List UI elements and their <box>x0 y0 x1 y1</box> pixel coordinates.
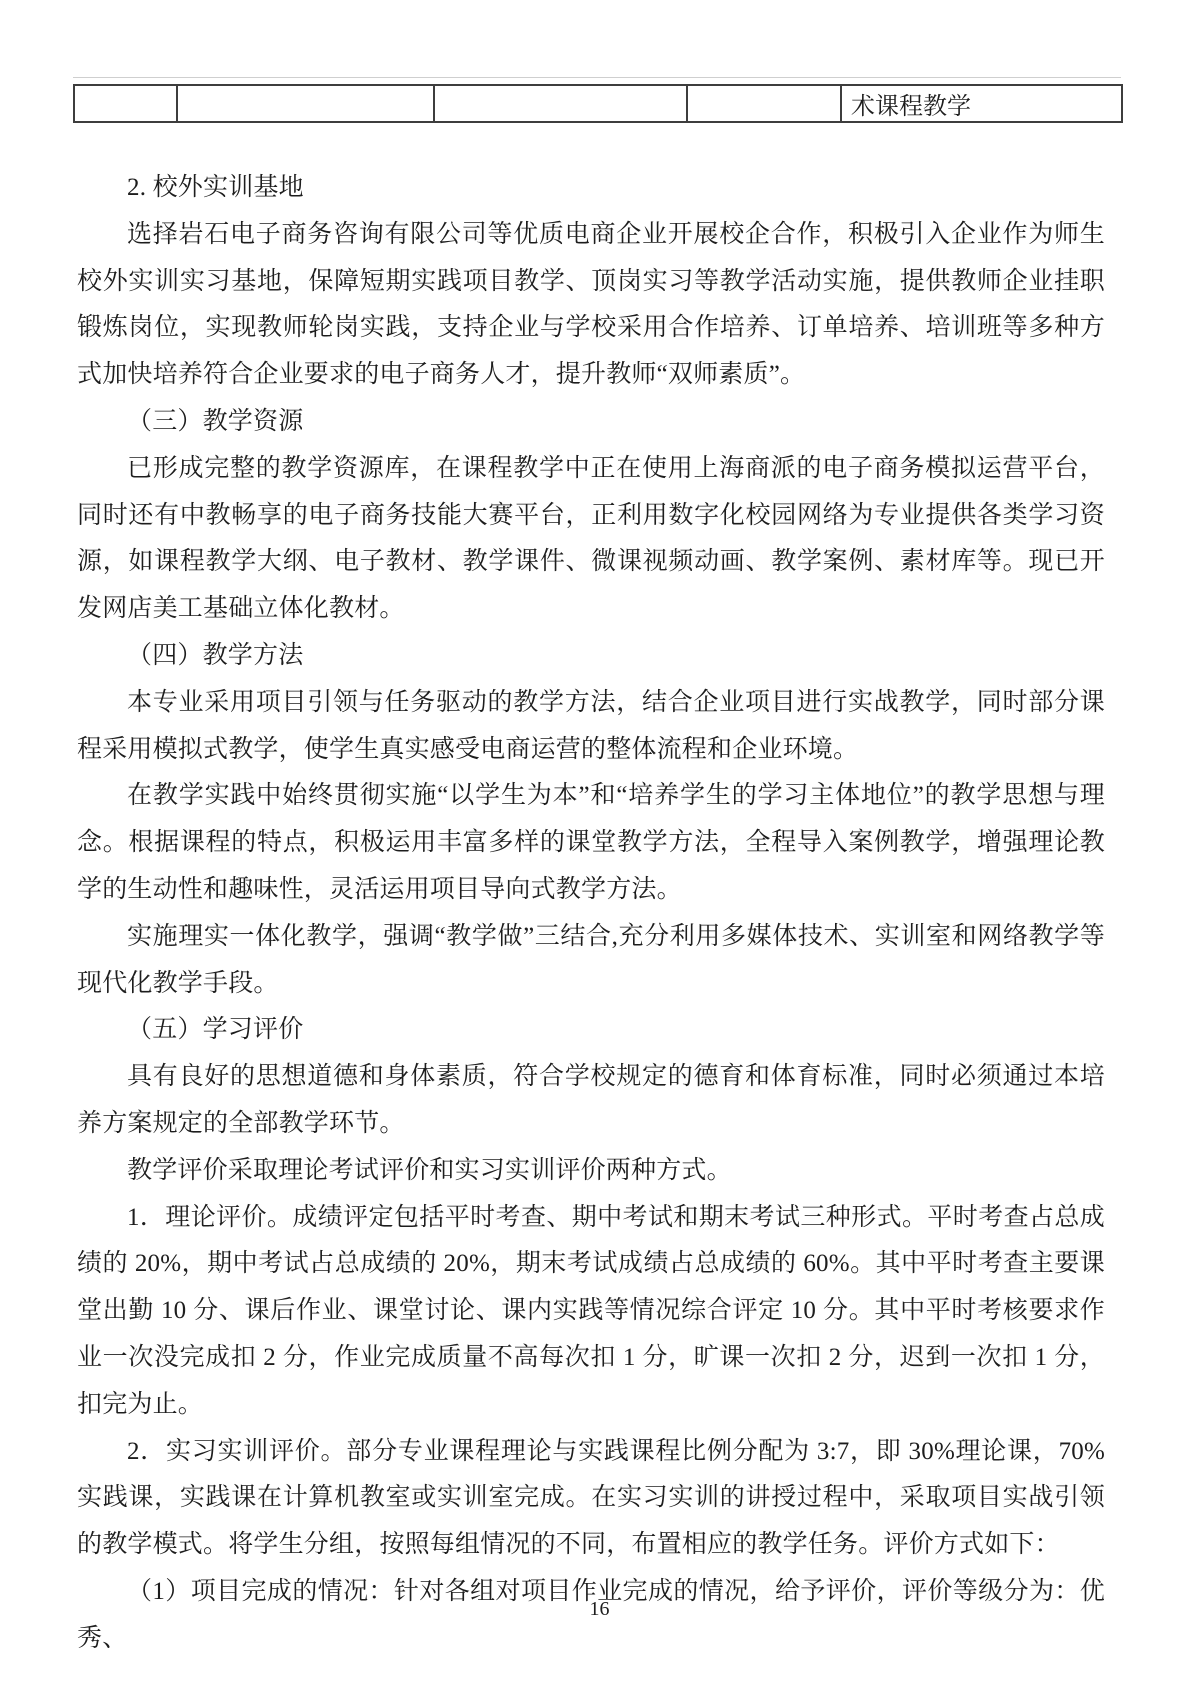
table-cell <box>74 85 177 122</box>
heading-teaching-resources: （三）教学资源 <box>77 399 1105 446</box>
body-paragraph-evaluation-modes: 教学评价采取理论考试评价和实习实训评价两种方式。 <box>77 1148 1105 1195</box>
table-cell <box>434 85 687 122</box>
body-paragraph-teaching-resources: 已形成完整的教学资源库，在课程教学中正在使用上海商派的电子商务模拟运营平台，同时… <box>77 446 1105 633</box>
table-cell <box>177 85 434 122</box>
body-paragraph-theory-evaluation: 1．理论评价。成绩评定包括平时考查、期中考试和期末考试三种形式。平时考查占总成绩… <box>77 1195 1105 1429</box>
body-paragraph-student-centered: 在教学实践中始终贯彻实施“以学生为本”和“培养学生的学习主体地位”的教学思想与理… <box>77 773 1105 913</box>
body-paragraph-integrated-teaching: 实施理实一体化教学，强调“教学做”三结合,充分利用多媒体技术、实训室和网络教学等… <box>77 914 1105 1008</box>
document-page: 术课程教学 2. 校外实训基地 选择岩石电子商务咨询有限公司等优质电商企业开展校… <box>0 0 1199 1696</box>
table-cell: 术课程教学 <box>841 85 1122 122</box>
heading-off-campus-training-base: 2. 校外实训基地 <box>77 165 1105 212</box>
body-paragraph-practice-evaluation: 2．实习实训评价。部分专业课程理论与实践课程比例分配为 3:7，即 30%理论课… <box>77 1429 1105 1569</box>
page-number: 16 <box>0 1598 1199 1621</box>
document-body: 2. 校外实训基地 选择岩石电子商务咨询有限公司等优质电商企业开展校企合作，积极… <box>77 165 1105 1663</box>
heading-learning-evaluation: （五）学习评价 <box>77 1007 1105 1054</box>
heading-teaching-methods: （四）教学方法 <box>77 633 1105 680</box>
course-table-fragment: 术课程教学 <box>73 84 1123 123</box>
body-paragraph-project-driven-teaching: 本专业采用项目引领与任务驱动的教学方法，结合企业项目进行实战教学，同时部分课程采… <box>77 680 1105 774</box>
table-cell <box>687 85 841 122</box>
table-top-hairline <box>73 77 1121 78</box>
table-row: 术课程教学 <box>74 85 1122 122</box>
body-paragraph-enterprise-cooperation: 选择岩石电子商务咨询有限公司等优质电商企业开展校企合作，积极引入企业作为师生校外… <box>77 212 1105 399</box>
body-paragraph-moral-physical-standards: 具有良好的思想道德和身体素质，符合学校规定的德育和体育标准，同时必须通过本培养方… <box>77 1054 1105 1148</box>
